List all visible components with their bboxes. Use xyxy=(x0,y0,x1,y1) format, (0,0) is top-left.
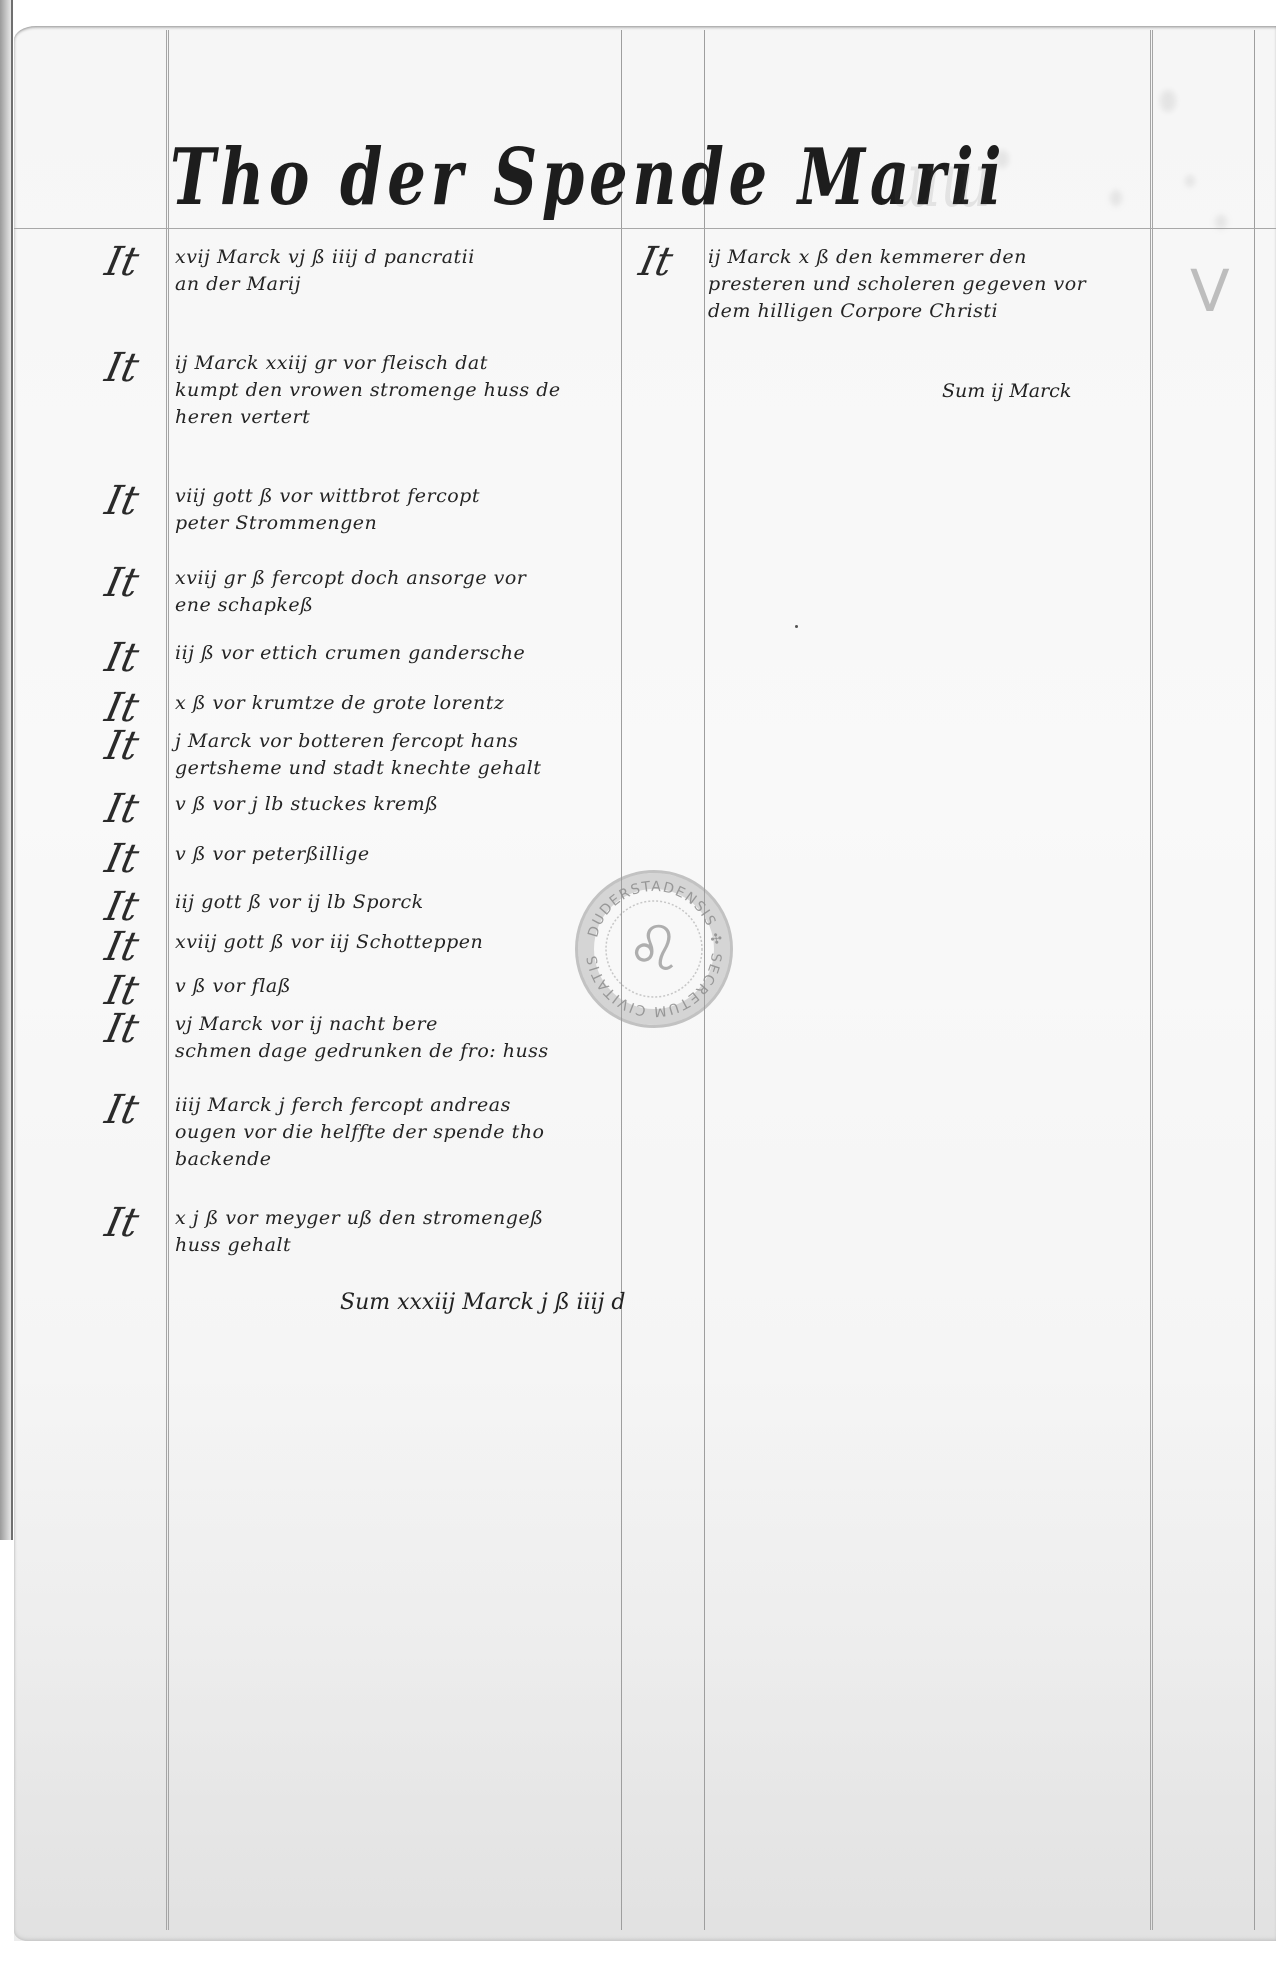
check-mark: V xyxy=(1190,262,1230,320)
ledger-entry: iij ß vor ettich crumen gandersche xyxy=(175,640,615,667)
ledger-entry: vj Marck vor ij nacht bereschmen dage ge… xyxy=(175,1011,615,1065)
stain xyxy=(1185,175,1195,187)
entry-line: schmen dage gedrunken de fro: huss xyxy=(175,1038,615,1065)
left-column-sum: Sum xxxiij Marck j ß iiij d xyxy=(340,1290,626,1315)
entry-line: xvij Marck vj ß iiij d pancratii xyxy=(175,244,615,271)
entry-line: dem hilligen Corpore Christi xyxy=(708,298,1148,325)
binding-edge xyxy=(11,0,13,1540)
entry-line: iij gott ß vor ij lb Sporck xyxy=(175,889,615,916)
entry-line: x ß vor krumtze de grote lorentz xyxy=(175,690,615,717)
stain xyxy=(1215,215,1227,229)
binding-strip xyxy=(0,0,11,1540)
ledger-entry: v ß vor j lb stuckes kremß xyxy=(175,791,615,818)
lion-emblem-icon: ♌ xyxy=(622,909,686,989)
entry-line: iij ß vor ettich crumen gandersche xyxy=(175,640,615,667)
entry-line: gertsheme und stadt knechte gehalt xyxy=(175,755,615,782)
entry-line: j Marck vor botteren fercopt hans xyxy=(175,728,615,755)
ledger-entry: x j ß vor meyger uß den stromengeßhuss g… xyxy=(175,1205,615,1259)
entry-line: kumpt den vrowen stromenge huss de xyxy=(175,377,615,404)
entry-line: vj Marck vor ij nacht bere xyxy=(175,1011,615,1038)
header-rule xyxy=(14,228,1276,229)
entry-line: v ß vor flaß xyxy=(175,973,615,1000)
ledger-entry: xviij gr ß fercopt doch ansorge vorene s… xyxy=(175,565,615,619)
city-seal-stamp: DUDERSTADENSIS ✣ SECRETUM CIVITATIS ♌ xyxy=(575,870,733,1028)
bleed-through-text: ɯɯ xyxy=(890,135,991,224)
edge-rule xyxy=(1254,30,1255,1930)
entry-line: v ß vor j lb stuckes kremß xyxy=(175,791,615,818)
entry-line: presteren und scholeren gegeven vor xyxy=(708,271,1148,298)
entry-line: ij Marck x ß den kemmerer den xyxy=(708,244,1148,271)
entry-line: ene schapkeß xyxy=(175,592,615,619)
ledger-entry: v ß vor flaß xyxy=(175,973,615,1000)
ink-speck xyxy=(795,625,798,628)
entry-line: x j ß vor meyger uß den stromengeß xyxy=(175,1205,615,1232)
ledger-entry: xviij gott ß vor iij Schotteppen xyxy=(175,929,615,956)
ledger-entry: iiij Marck j ferch fercopt andreasougen … xyxy=(175,1092,615,1173)
ledger-entry: ij Marck xxiij gr vor fleisch datkumpt d… xyxy=(175,350,615,431)
entry-line: ougen vor die helffte der spende tho xyxy=(175,1119,615,1146)
entry-line: ij Marck xxiij gr vor fleisch dat xyxy=(175,350,615,377)
stain xyxy=(1110,190,1122,206)
ledger-entry: j Marck vor botteren fercopt hansgertshe… xyxy=(175,728,615,782)
entry-line: v ß vor peterßillige xyxy=(175,841,615,868)
entry-line: an der Marij xyxy=(175,271,615,298)
entry-line: backende xyxy=(175,1146,615,1173)
page-title: Tho der Spende Marii xyxy=(170,128,1006,228)
ledger-entry: v ß vor peterßillige xyxy=(175,841,615,868)
margin-rule xyxy=(166,30,169,1930)
ledger-entry: x ß vor krumtze de grote lorentz xyxy=(175,690,615,717)
entry-line: iiij Marck j ferch fercopt andreas xyxy=(175,1092,615,1119)
ledger-entry: ij Marck x ß den kemmerer denpresteren u… xyxy=(708,244,1148,325)
ledger-entry: xvij Marck vj ß iiij d pancratiian der M… xyxy=(175,244,615,298)
entry-line: peter Strommengen xyxy=(175,510,615,537)
entry-line: xviij gr ß fercopt doch ansorge vor xyxy=(175,565,615,592)
entry-line: xviij gott ß vor iij Schotteppen xyxy=(175,929,615,956)
ledger-entry: iij gott ß vor ij lb Sporck xyxy=(175,889,615,916)
stain xyxy=(1160,90,1176,112)
right-column-sum: Sum ij Marck xyxy=(942,380,1071,402)
entry-line: viij gott ß vor wittbrot fercopt xyxy=(175,483,615,510)
column-rule xyxy=(1150,30,1153,1930)
entry-line: heren vertert xyxy=(175,404,615,431)
entry-line: huss gehalt xyxy=(175,1232,615,1259)
ledger-entry: viij gott ß vor wittbrot fercoptpeter St… xyxy=(175,483,615,537)
